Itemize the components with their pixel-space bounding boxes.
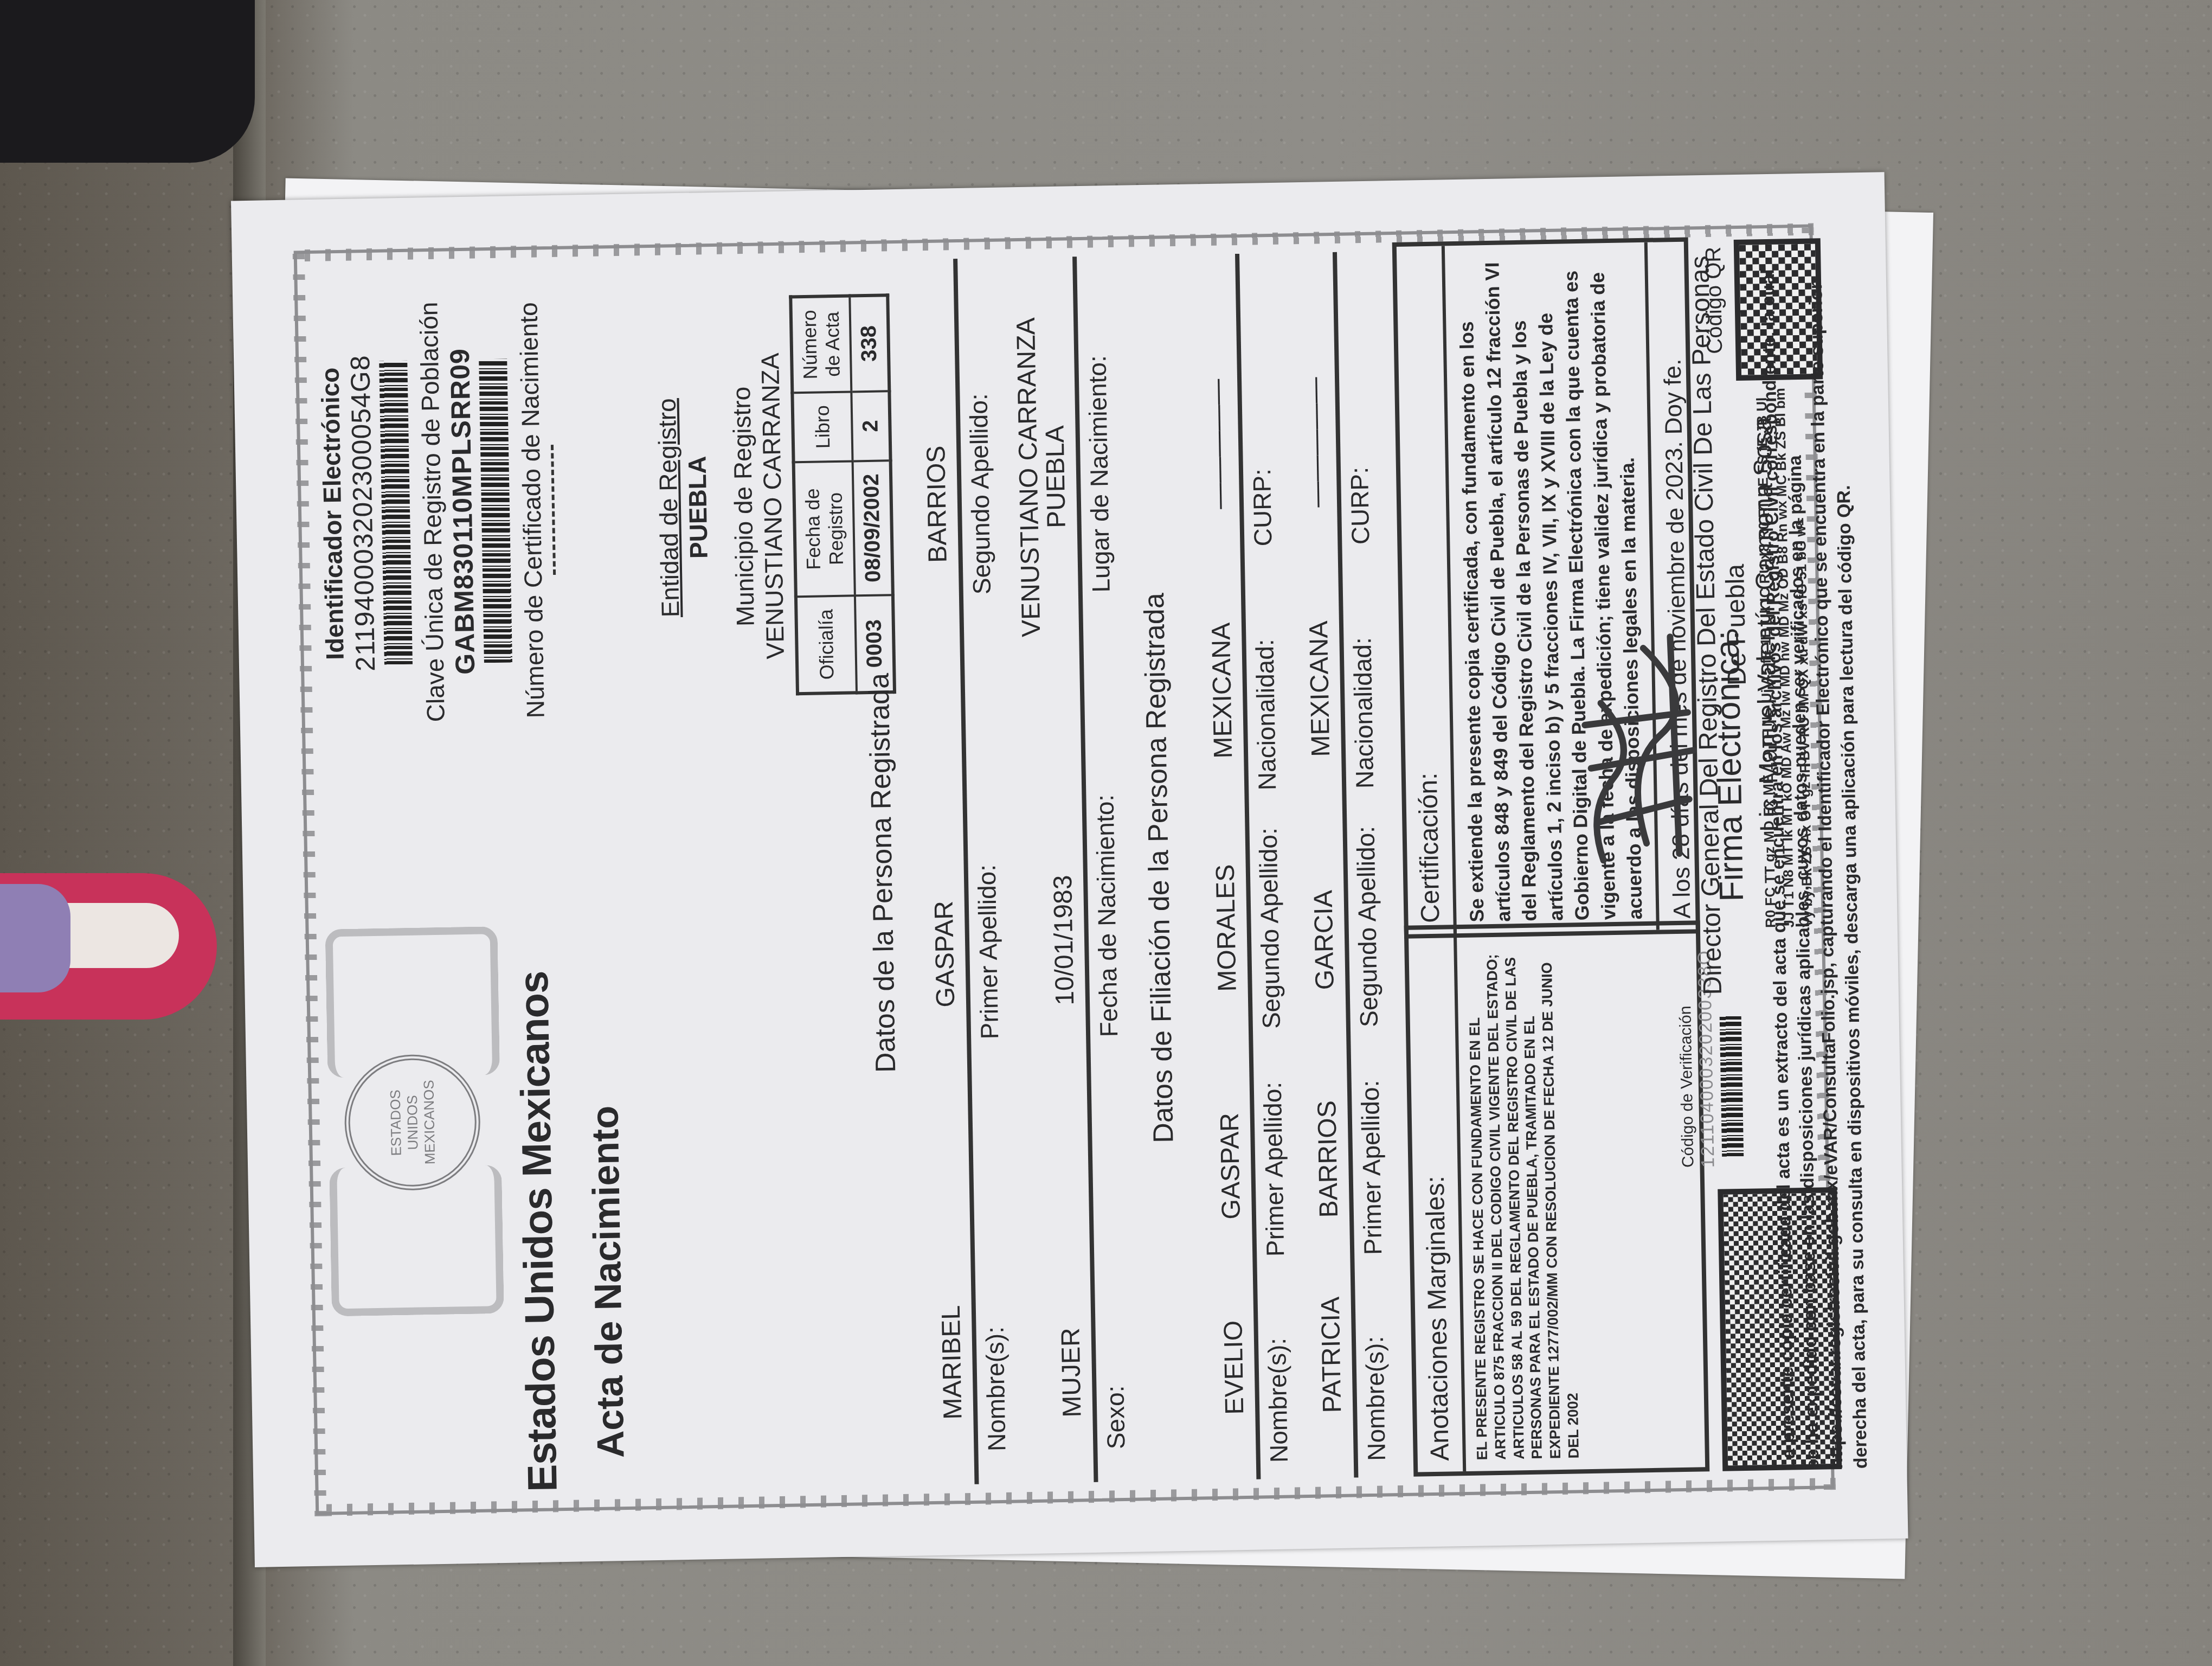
padre-nombre-label: Nombre(s): [1262, 1338, 1294, 1463]
madre-primer-apellido-value: BARRIOS [1312, 1100, 1344, 1218]
persona-nombre-label: Nombre(s): [980, 1327, 1011, 1452]
padre-curp-label: CURP: [1247, 469, 1277, 547]
madre-segundo-apellido-value: GARCIA [1309, 890, 1340, 990]
anotaciones-box: Anotaciones Marginales: EL PRESENTE REGI… [1404, 920, 1710, 1476]
anotaciones-text: EL PRESENTE REGISTRO SE HACE CON FUNDAME… [1457, 927, 1591, 1471]
persona-fecha-nacimiento-label: Fecha de Nacimiento: [1090, 794, 1123, 1037]
padre-nacionalidad-value: MEXICANA [1206, 622, 1238, 759]
header-oficialia: Oficialía [796, 595, 857, 694]
madre-curp-label: CURP: [1345, 467, 1375, 545]
header-fecha-registro: Fecha de Registro [794, 461, 855, 597]
madre-nacionalidad-value: MEXICANA [1304, 620, 1336, 757]
footer-disclaimer: La presente copia certificada del acta e… [1756, 243, 1873, 1470]
curp-barcode [479, 359, 512, 663]
municipio-value: VENUSTIANO CARRANZA [755, 316, 790, 696]
verification-block: Código de Verificación 12110400032020033… [1676, 1004, 1751, 1168]
padre-primer-apellido-label: Primer Apellido: [1258, 1081, 1290, 1257]
padre-nacionalidad-label: Nacionalidad: [1250, 639, 1282, 791]
verification-value: 121104000320200338O [1695, 1005, 1719, 1168]
persona-fecha-nacimiento-value: 10/01/1983 [1048, 875, 1080, 1005]
document-title: Acta de Nacimiento [583, 1105, 632, 1458]
madre-nacionalidad-label: Nacionalidad: [1347, 637, 1379, 789]
persona-primer-apellido-value: GASPAR [929, 901, 961, 1008]
persona-lugar-line2: PUEBLA [1040, 425, 1071, 528]
document-stack: ESTADOS UNIDOS MEXICANOS Estados Unidos … [255, 201, 1908, 1567]
section-filiacion-title: Datos de Filiación de la Persona Registr… [1132, 255, 1186, 1481]
header-numero-acta: Número de Acta [790, 296, 851, 393]
padre-primer-apellido-value: GASPAR [1215, 1113, 1246, 1220]
padre-row: EVELIO GASPAR MORALES MEXICANA ————— [1192, 254, 1261, 1480]
madre-segundo-apellido-label: Segundo Apellido: [1351, 826, 1383, 1028]
identifier-block: Identificador Electrónico 21194000320230… [313, 266, 575, 758]
madre-curp-value: ————— [1300, 377, 1332, 508]
persona-segundo-apellido-label: Segundo Apellido: [963, 393, 996, 595]
pink-sneaker [0, 873, 217, 1020]
padre-nombre-value: EVELIO [1218, 1321, 1250, 1415]
verification-barcode [1720, 1015, 1744, 1157]
persona-sexo-value: MUJER [1056, 1328, 1088, 1418]
entidad-value: PUEBLA [680, 317, 716, 697]
padre-segundo-apellido-label: Segundo Apellido: [1253, 828, 1285, 1029]
black-shoe [0, 0, 255, 163]
header-libro: Libro [792, 392, 852, 462]
persona-segundo-apellido-value: BARRIOS [921, 445, 953, 563]
persona-lugar-nacimiento-label: Lugar de Nacimiento: [1082, 355, 1116, 593]
section-persona-title: Datos de la Persona Registrada [856, 260, 909, 1486]
persona-sexo-label: Sexo: [1100, 1385, 1130, 1450]
certificado-label: Número de Certificado de Nacimiento [513, 266, 551, 754]
identificador-barcode [379, 361, 413, 665]
signature [1578, 620, 1701, 877]
madre-row: PATRICIA BARRIOS GARCIA MEXICANA ————— [1289, 252, 1358, 1478]
madre-nombre-label: Nombre(s): [1360, 1336, 1391, 1461]
verification-label: Código de Verificación [1676, 1005, 1697, 1168]
madre-primer-apellido-label: Primer Apellido: [1355, 1080, 1388, 1255]
country-title: Estados Unidos Mexicanos [510, 971, 567, 1492]
certificado-value [551, 445, 556, 575]
padre-curp-value: ————— [1202, 379, 1234, 509]
seal-text: ESTADOS UNIDOS MEXICANOS [386, 1060, 439, 1186]
anotaciones-label: Anotaciones Marginales: [1409, 929, 1466, 1472]
birth-certificate: ESTADOS UNIDOS MEXICANOS Estados Unidos … [231, 172, 1908, 1567]
padre-segundo-apellido-value: MORALES [1211, 864, 1243, 992]
persona-primer-apellido-label: Primer Apellido: [972, 864, 1005, 1040]
madre-nombre-value: PATRICIA [1316, 1297, 1348, 1413]
persona-nombre-value: MARIBEL [936, 1305, 968, 1420]
